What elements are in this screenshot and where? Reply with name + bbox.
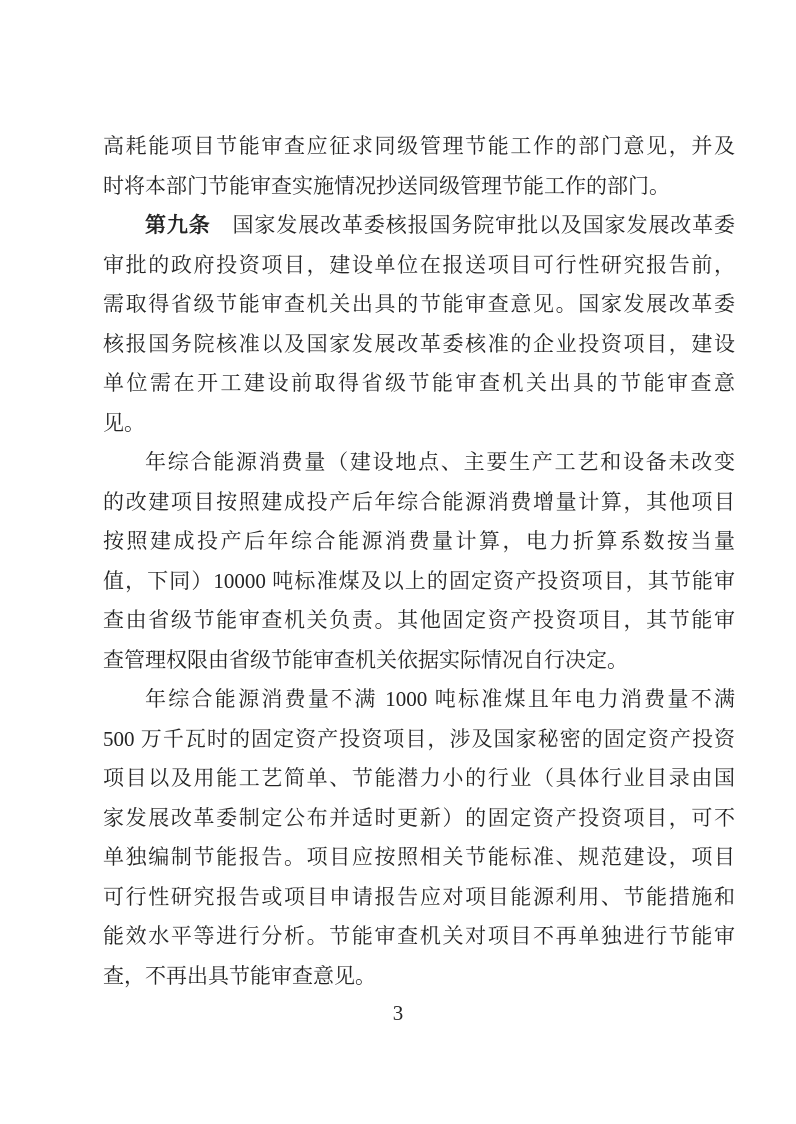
- text-line: 查，不再出具节能审查意见。: [103, 957, 735, 997]
- text-line: 审批的政府投资项目，建设单位在报送项目可行性研究报告前，: [103, 246, 735, 286]
- text-line: 项目以及用能工艺简单、节能潜力小的行业（具体行业目录由国: [103, 759, 735, 799]
- text-line: 年综合能源消费量（建设地点、主要生产工艺和设备未改变: [103, 443, 735, 483]
- text-line: 家发展改革委制定公布并适时更新）的固定资产投资项目，可不: [103, 799, 735, 839]
- text-line: 可行性研究报告或项目申请报告应对项目能源利用、节能措施和: [103, 878, 735, 918]
- text-line: 单独编制节能报告。项目应按照相关节能标准、规范建设，项目: [103, 838, 735, 878]
- document-body: 高耗能项目节能审查应征求同级管理节能工作的部门意见，并及时将本部门节能审查实施情…: [103, 127, 735, 996]
- document-page: 高耗能项目节能审查应征求同级管理节能工作的部门意见，并及时将本部门节能审查实施情…: [0, 0, 796, 1124]
- paragraph: 高耗能项目节能审查应征求同级管理节能工作的部门意见，并及时将本部门节能审查实施情…: [103, 127, 735, 206]
- text-line: 单位需在开工建设前取得省级节能审查机关出具的节能审查意: [103, 364, 735, 404]
- paragraph: 第九条 国家发展改革委核报国务院审批以及国家发展改革委审批的政府投资项目，建设单…: [103, 206, 735, 443]
- text-line: 按照建成投产后年综合能源消费量计算，电力折算系数按当量: [103, 522, 735, 562]
- paragraph: 年综合能源消费量不满 1000 吨标准煤且年电力消费量不满500 万千瓦时的固定…: [103, 680, 735, 996]
- paragraph: 年综合能源消费量（建设地点、主要生产工艺和设备未改变的改建项目按照建成投产后年综…: [103, 443, 735, 680]
- text-line: 第九条 国家发展改革委核报国务院审批以及国家发展改革委: [103, 206, 735, 246]
- text-line: 需取得省级节能审查机关出具的节能审查意见。国家发展改革委: [103, 285, 735, 325]
- text-line: 500 万千瓦时的固定资产投资项目，涉及国家秘密的固定资产投资: [103, 720, 735, 760]
- text-line: 核报国务院核准以及国家发展改革委核准的企业投资项目，建设: [103, 325, 735, 365]
- text-line: 的改建项目按照建成投产后年综合能源消费增量计算，其他项目: [103, 483, 735, 523]
- text-line: 值，下同）10000 吨标准煤及以上的固定资产投资项目，其节能审: [103, 562, 735, 602]
- text-line: 高耗能项目节能审查应征求同级管理节能工作的部门意见，并及: [103, 127, 735, 167]
- page-number: 3: [0, 1001, 796, 1026]
- text-line: 能效水平等进行分析。节能审查机关对项目不再单独进行节能审: [103, 917, 735, 957]
- text-line: 查管理权限由省级节能审查机关依据实际情况自行决定。: [103, 641, 735, 681]
- text-line: 见。: [103, 404, 735, 444]
- text-line: 查由省级节能审查机关负责。其他固定资产投资项目，其节能审: [103, 601, 735, 641]
- text-line: 时将本部门节能审查实施情况抄送同级管理节能工作的部门。: [103, 167, 735, 207]
- article-number: 第九条: [145, 213, 211, 237]
- text-line: 年综合能源消费量不满 1000 吨标准煤且年电力消费量不满: [103, 680, 735, 720]
